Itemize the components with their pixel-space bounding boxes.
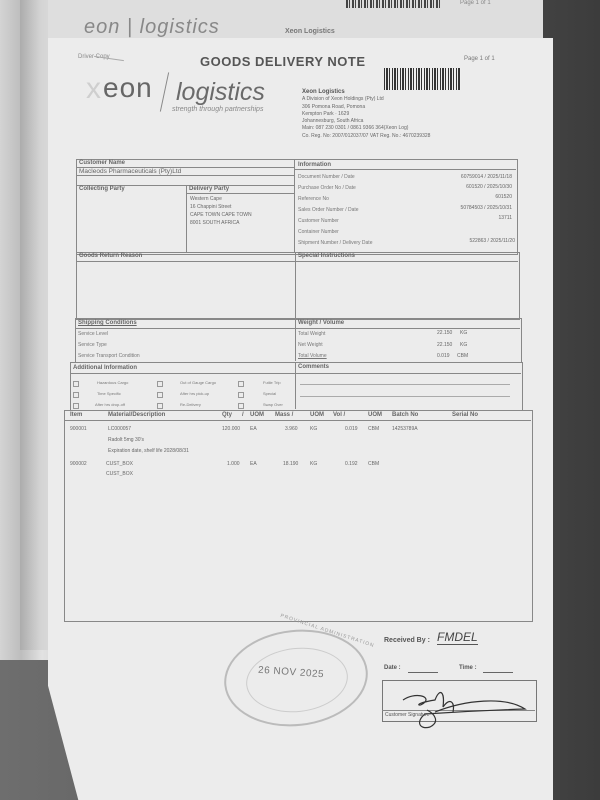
shipping-label: Service Transport Condition [78,353,140,359]
page-number: Page 1 of 1 [464,56,495,62]
shipping-label: Service Level [78,331,108,337]
time-field[interactable] [483,672,513,673]
checkbox-after-hrs-dropoff[interactable] [73,403,79,409]
weight-value: 22.150 [437,342,452,348]
col-batch: Batch No [392,412,418,418]
info-label: Shipment Number / Delivery Date [298,240,372,246]
checkbox-label: After hrs pick-up [180,391,209,396]
logo-tagline: strength through partnerships [172,106,263,113]
signature-scribble-icon [395,682,535,732]
checkbox-hazardous-cargo[interactable] [73,381,79,387]
col-vol-uom: UOM [368,412,382,418]
checkbox-special[interactable] [238,392,244,398]
divider [186,185,187,253]
col-sep: / [242,412,244,418]
delivery-address-line: 16 Chappini Street [190,204,231,210]
item-mass-uom: KG [310,426,317,432]
customer-signature-label: Customer Signature [385,712,429,718]
col-material: Material/Description [108,412,165,418]
barcode-icon [384,68,461,90]
item-description: CUST_BOX [106,471,133,477]
divider [64,420,531,421]
date-label: Date : [384,665,401,671]
company-line: 306 Pomona Road, Pomona [302,104,430,111]
comment-line [300,384,510,385]
divider [75,328,520,329]
checkbox-out-of-gauge[interactable] [157,381,163,387]
divider [294,169,516,170]
additional-info-header: Additional Information [73,365,137,371]
company-line: A Division of Xeon Holdings (Pty) Ltd [302,96,430,103]
checkbox-after-hrs-pickup[interactable] [157,392,163,398]
weight-value: 0.019 [437,353,450,359]
checkbox-label: Futile Trip [263,380,281,385]
shipping-label: Service Type [78,342,107,348]
info-value: 601520 / 2025/10/30 [466,184,512,190]
barcode-icon [346,0,441,8]
col-vol: Vol / [333,412,345,418]
checkbox-time-specific[interactable] [73,392,79,398]
item-number: 900002 [70,461,87,467]
divider [294,159,295,253]
checkbox-futile-trip[interactable] [238,381,244,387]
info-label: Purchase Order No / Date [298,185,356,191]
item-mass-uom: KG [310,461,317,467]
weight-label: Net Weight [298,342,323,348]
item-note: Expiration date, shelf life 2028/08/31 [108,448,189,454]
col-qty: Qty [222,412,232,418]
divider [76,261,518,262]
checkbox-label: Hazardous Cargo [97,380,128,385]
item-uom: EA [250,426,257,432]
additional-comments-section [70,362,523,411]
checkbox-label: Out of Gauge Cargo [180,380,216,385]
col-uom: UOM [250,412,264,418]
company-line: Johannesburg, South Africa [302,118,430,125]
comments-header: Comments [298,364,329,370]
received-by-label: Received By : [384,637,430,644]
collecting-party-header: Collecting Party [79,186,125,192]
date-field[interactable] [408,672,438,673]
divider [295,318,296,361]
weight-volume-header: Weight / Volume [298,320,344,326]
weight-unit: KG [460,342,467,348]
info-value: 13711 [498,215,512,221]
comment-line [300,396,510,397]
info-label: Sales Order Number / Date [298,207,359,213]
underlying-company: Xeon Logistics [285,28,335,35]
weight-label: Total Volume [298,353,327,359]
item-material: LC000057 [108,426,131,432]
info-value: 60759014 / 2025/11/18 [461,174,512,180]
info-value: 50784503 / 2025/10/31 [461,205,512,211]
weight-value: 22.150 [437,330,452,336]
checkbox-re-delivery[interactable] [157,403,163,409]
logo-x: x [86,72,101,106]
time-label: Time : [459,665,477,671]
info-label: Customer Number [298,218,339,224]
underlying-logo: eon | logistics [84,16,220,39]
item-vol-uom: CBM [368,426,379,432]
checkbox-label: After hrs drop-off [95,402,125,407]
info-label: Reference No [298,196,329,202]
goods-return-header: Goods Return Reason [79,253,142,259]
company-line: Kempton Park · 1629 [302,111,430,118]
item-vol: 0.192 [345,461,358,467]
col-mass-uom: UOM [310,412,324,418]
item-vol: 0.019 [345,426,358,432]
item-description: Radolt 5mg 30's [108,437,144,443]
col-serial: Serial No [452,412,478,418]
col-mass: Mass / [275,412,293,418]
return-instructions-section [76,252,520,320]
divider [186,193,295,194]
info-label: Container Number [298,229,339,235]
delivery-party-header: Delivery Party [189,186,229,192]
delivery-address-line: 8001 SOUTH AFRICA [190,220,239,226]
item-uom: EA [250,461,257,467]
company-line: Main: 087 230 0301 / 0861 9366 364(Xeon … [302,125,430,132]
item-vol-uom: CBM [368,461,379,467]
checkbox-label: Re-Delivery [180,402,201,407]
checkbox-label: Special [263,391,276,396]
customer-name: Macleods Pharmaceuticals (Pty)Ltd [79,168,181,175]
item-qty: 1.000 [227,461,240,467]
checkbox-swap-over[interactable] [238,403,244,409]
info-value: 601520 [495,194,512,200]
company-name: Xeon Logistics [302,89,430,96]
item-mass: 18.190 [283,461,298,467]
col-item: Item [70,412,82,418]
customer-name-header: Customer Name [79,160,125,166]
item-batch: 14253789A [392,426,418,432]
divider [76,175,295,176]
logo-eon: eon [103,72,153,104]
underlying-page: Page 1 of 1 [460,0,491,6]
delivery-address-line: CAPE TOWN CAPE TOWN [190,212,252,218]
received-by-signature[interactable]: FMDEL [437,630,478,645]
item-qty: 120.000 [222,426,240,432]
divider [70,373,521,374]
information-header: Information [298,162,331,168]
logo-logistics: logistics [176,78,265,107]
weight-unit: KG [460,330,467,336]
delivery-address-line: Western Cape [190,196,222,202]
checkbox-label: Time Specific [97,391,121,396]
weight-label: Total Weight [298,331,325,337]
item-material: CUST_BOX [106,461,133,467]
info-label: Document Number / Date [298,174,355,180]
item-mass: 3.960 [285,426,298,432]
company-line: Co. Reg. No: 2007/012037/07 VAT Reg. No.… [302,133,430,140]
weight-unit: CBM [457,353,468,359]
item-number: 900001 [70,426,87,432]
special-instructions-header: Special Instructions [298,253,355,259]
document-title: GOODS DELIVERY NOTE [200,54,366,69]
company-address: Xeon Logistics A Division of Xeon Holdin… [302,89,430,140]
divider [295,362,296,409]
info-value: 522863 / 2025/11/20 [469,238,515,244]
shipping-conditions-header: Shipping Conditions [78,320,137,326]
checkbox-label: Swap Over [263,402,283,407]
